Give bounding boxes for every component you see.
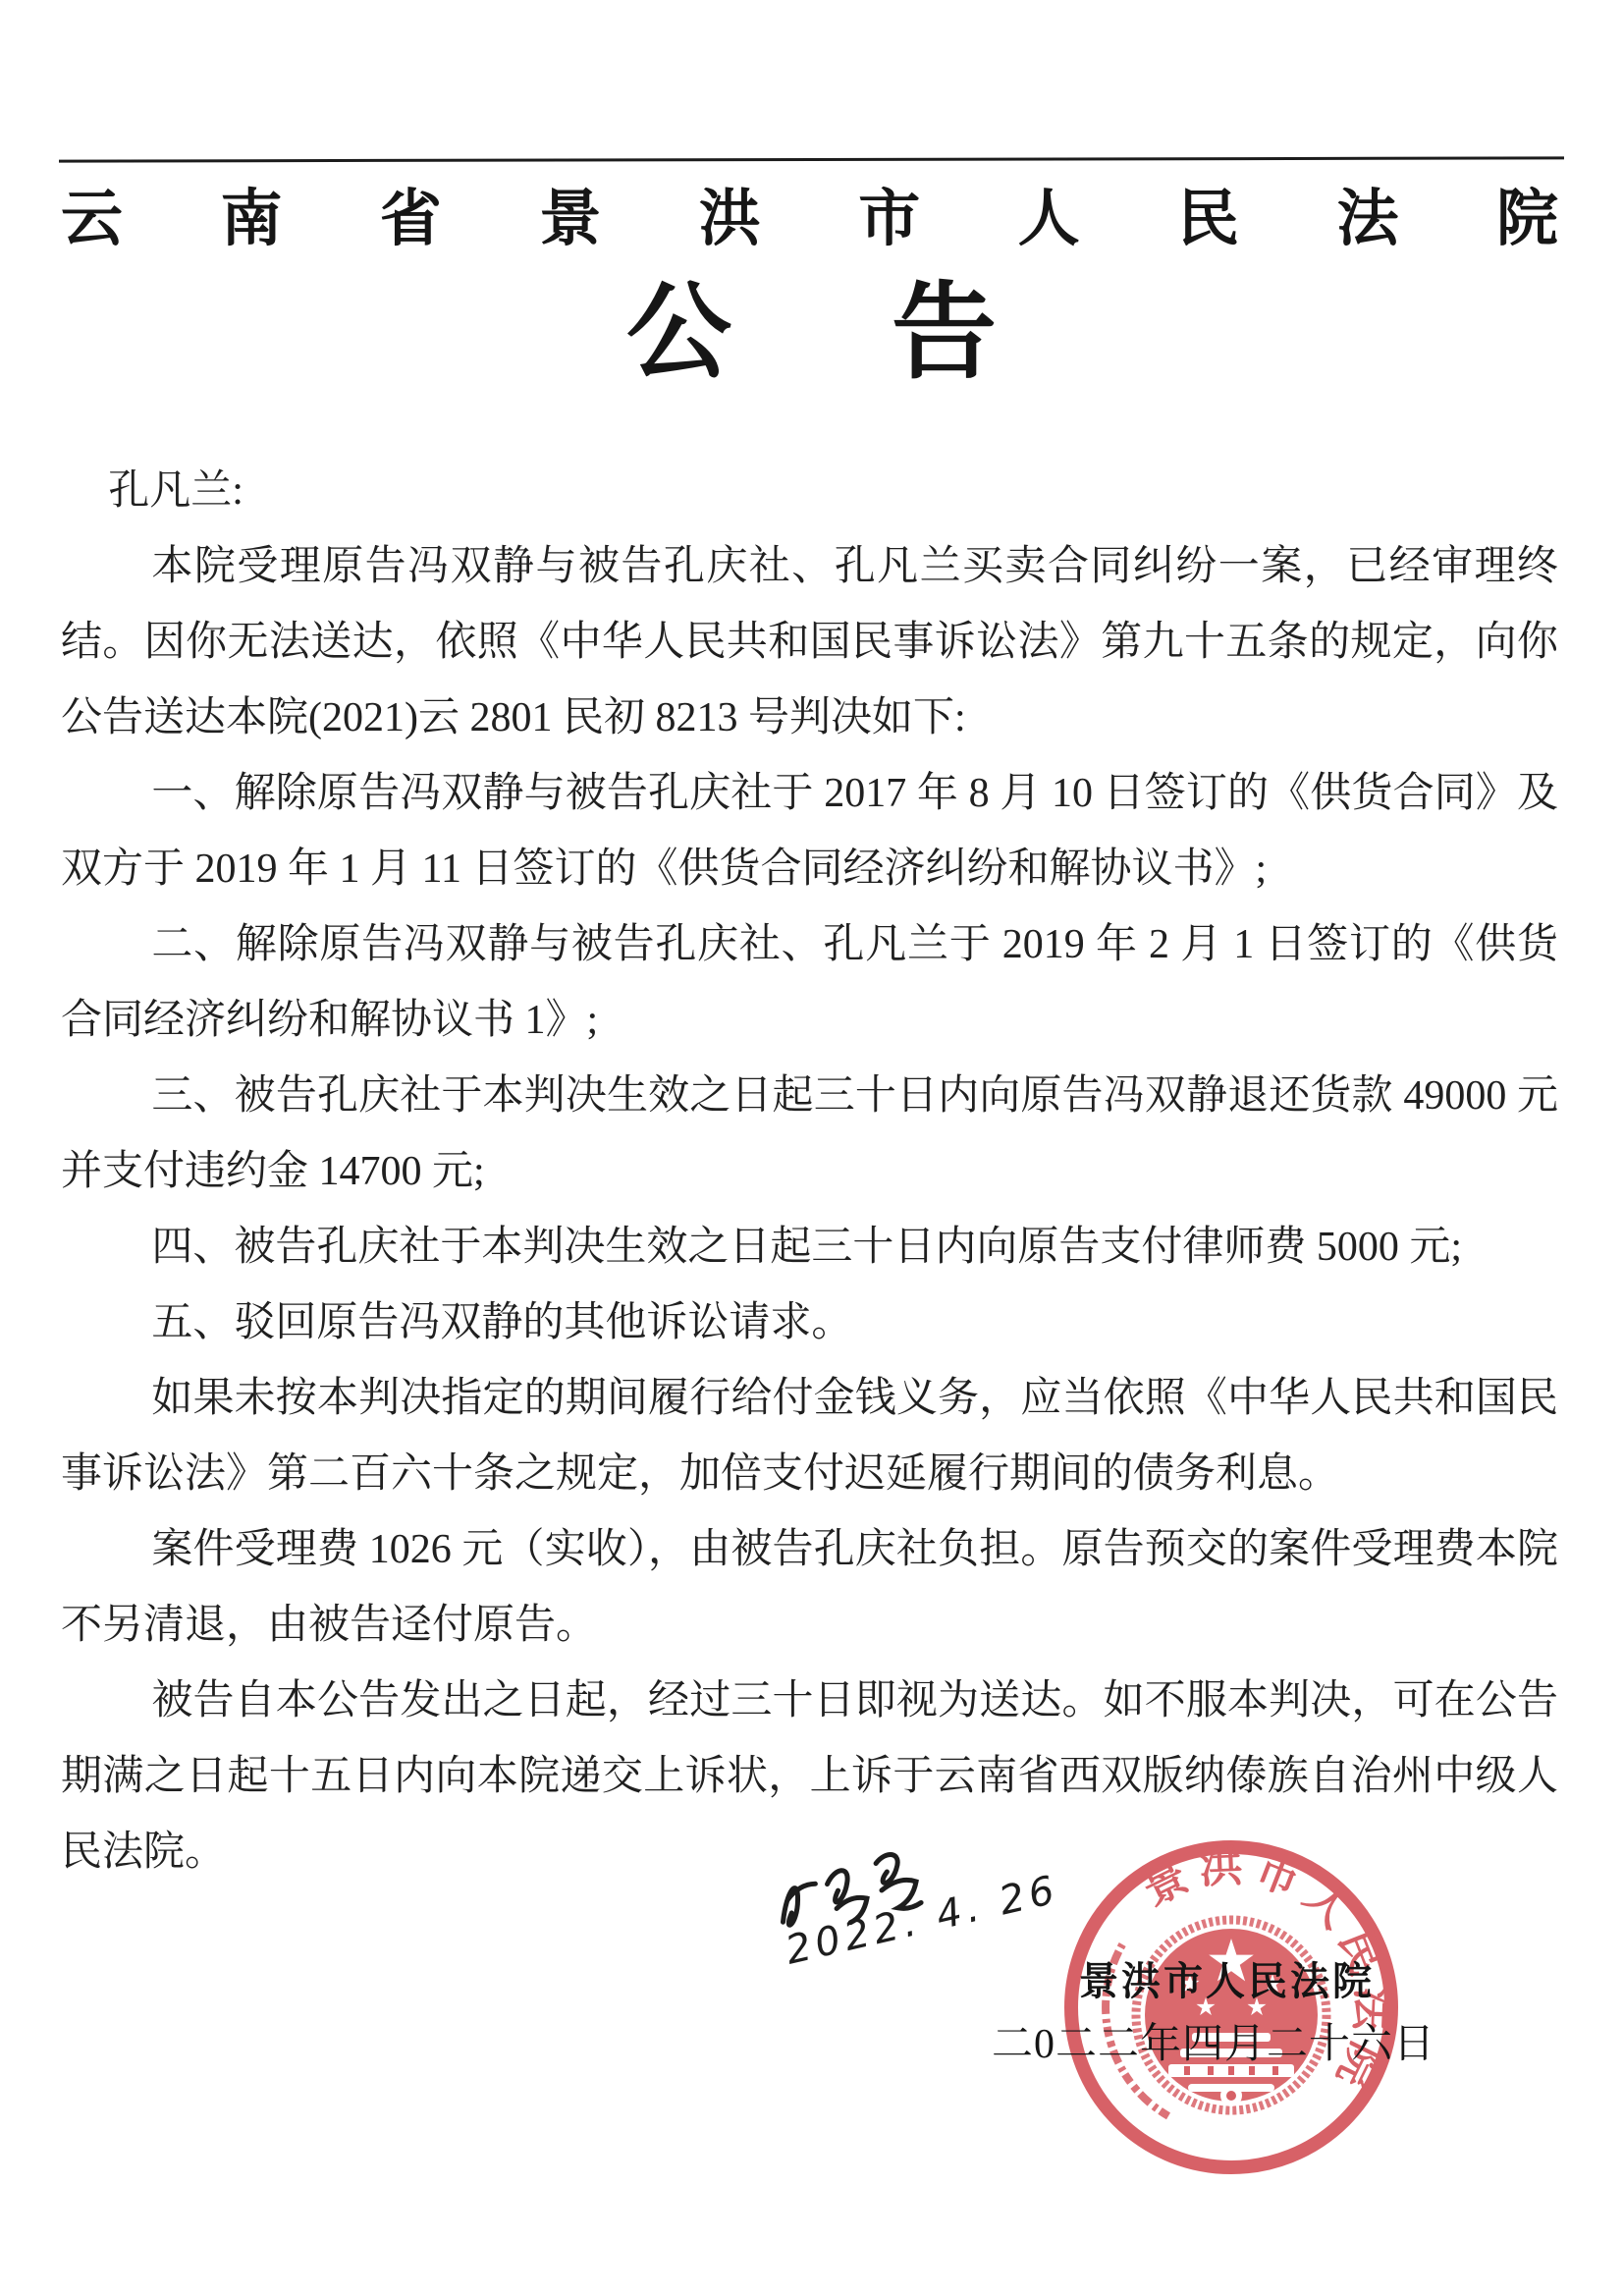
title-char: 院 bbox=[1496, 169, 1558, 258]
paragraph-item-2: 二、解除原告冯双静与被告孔庆社、孔凡兰于 2019 年 2 月 1 日签订的《供… bbox=[61, 907, 1558, 1059]
title-char: 人 bbox=[1018, 169, 1080, 258]
handwritten-date: 2022. 4. 26 bbox=[782, 1867, 1060, 1974]
paragraph-item-3: 三、被告孔庆社于本判决生效之日起三十日内向原告冯双静退还货款 49000 元并支… bbox=[61, 1059, 1558, 1210]
paragraph-item-4: 四、被告孔庆社于本判决生效之日起三十日内向原告支付律师费 5000 元; bbox=[61, 1210, 1558, 1285]
title-char: 省 bbox=[380, 169, 442, 258]
title-char: 南 bbox=[220, 169, 282, 258]
paragraph-interest: 如果未按本判决指定的期间履行给付金钱义务，应当依照《中华人民共和国民事诉讼法》第… bbox=[61, 1361, 1558, 1512]
title-char: 公 bbox=[626, 247, 731, 399]
paragraph-fees: 案件受理费 1026 元（实收），由被告孔庆社负担。原告预交的案件受理费本院不另… bbox=[61, 1512, 1558, 1664]
paragraph-item-1: 一、解除原告冯双静与被告孔庆社于 2017 年 8 月 10 日签订的《供货合同… bbox=[61, 756, 1558, 907]
official-seal-stamp: 景洪市人民法院 bbox=[1062, 1838, 1400, 2176]
paragraph-case-summary: 本院受理原告冯双静与被告孔庆社、孔凡兰买卖合同纠纷一案，已经审理终结。因你无法送… bbox=[61, 529, 1558, 756]
title-char: 市 bbox=[858, 169, 920, 258]
handwritten-signature: 2022. 4. 26 bbox=[746, 1815, 1060, 1992]
title-char: 景 bbox=[539, 169, 601, 258]
notice-title: 公告 bbox=[0, 247, 1623, 399]
notice-body: 孔凡兰: 本院受理原告冯双静与被告孔庆社、孔凡兰买卖合同纠纷一案，已经审理终结。… bbox=[61, 454, 1558, 1890]
header-divider bbox=[59, 156, 1564, 162]
paragraph-item-5: 五、驳回原告冯双静的其他诉讼请求。 bbox=[61, 1285, 1558, 1361]
issue-date-line: 二0二二年四月二十六日 bbox=[992, 2011, 1435, 2070]
court-name-line: 景洪市人民法院 bbox=[1079, 1950, 1375, 2006]
salutation: 孔凡兰: bbox=[61, 454, 1558, 529]
title-char: 告 bbox=[892, 247, 997, 399]
title-char: 民 bbox=[1177, 169, 1239, 258]
court-name-heading: 云南省景洪市人民法院 bbox=[61, 169, 1558, 258]
title-char: 洪 bbox=[699, 169, 761, 258]
title-char: 云 bbox=[61, 169, 123, 258]
court-notice-page: 云南省景洪市人民法院 公告 孔凡兰: 本院受理原告冯双静与被告孔庆社、孔凡兰买卖… bbox=[0, 0, 1623, 2296]
title-char: 法 bbox=[1337, 169, 1399, 258]
